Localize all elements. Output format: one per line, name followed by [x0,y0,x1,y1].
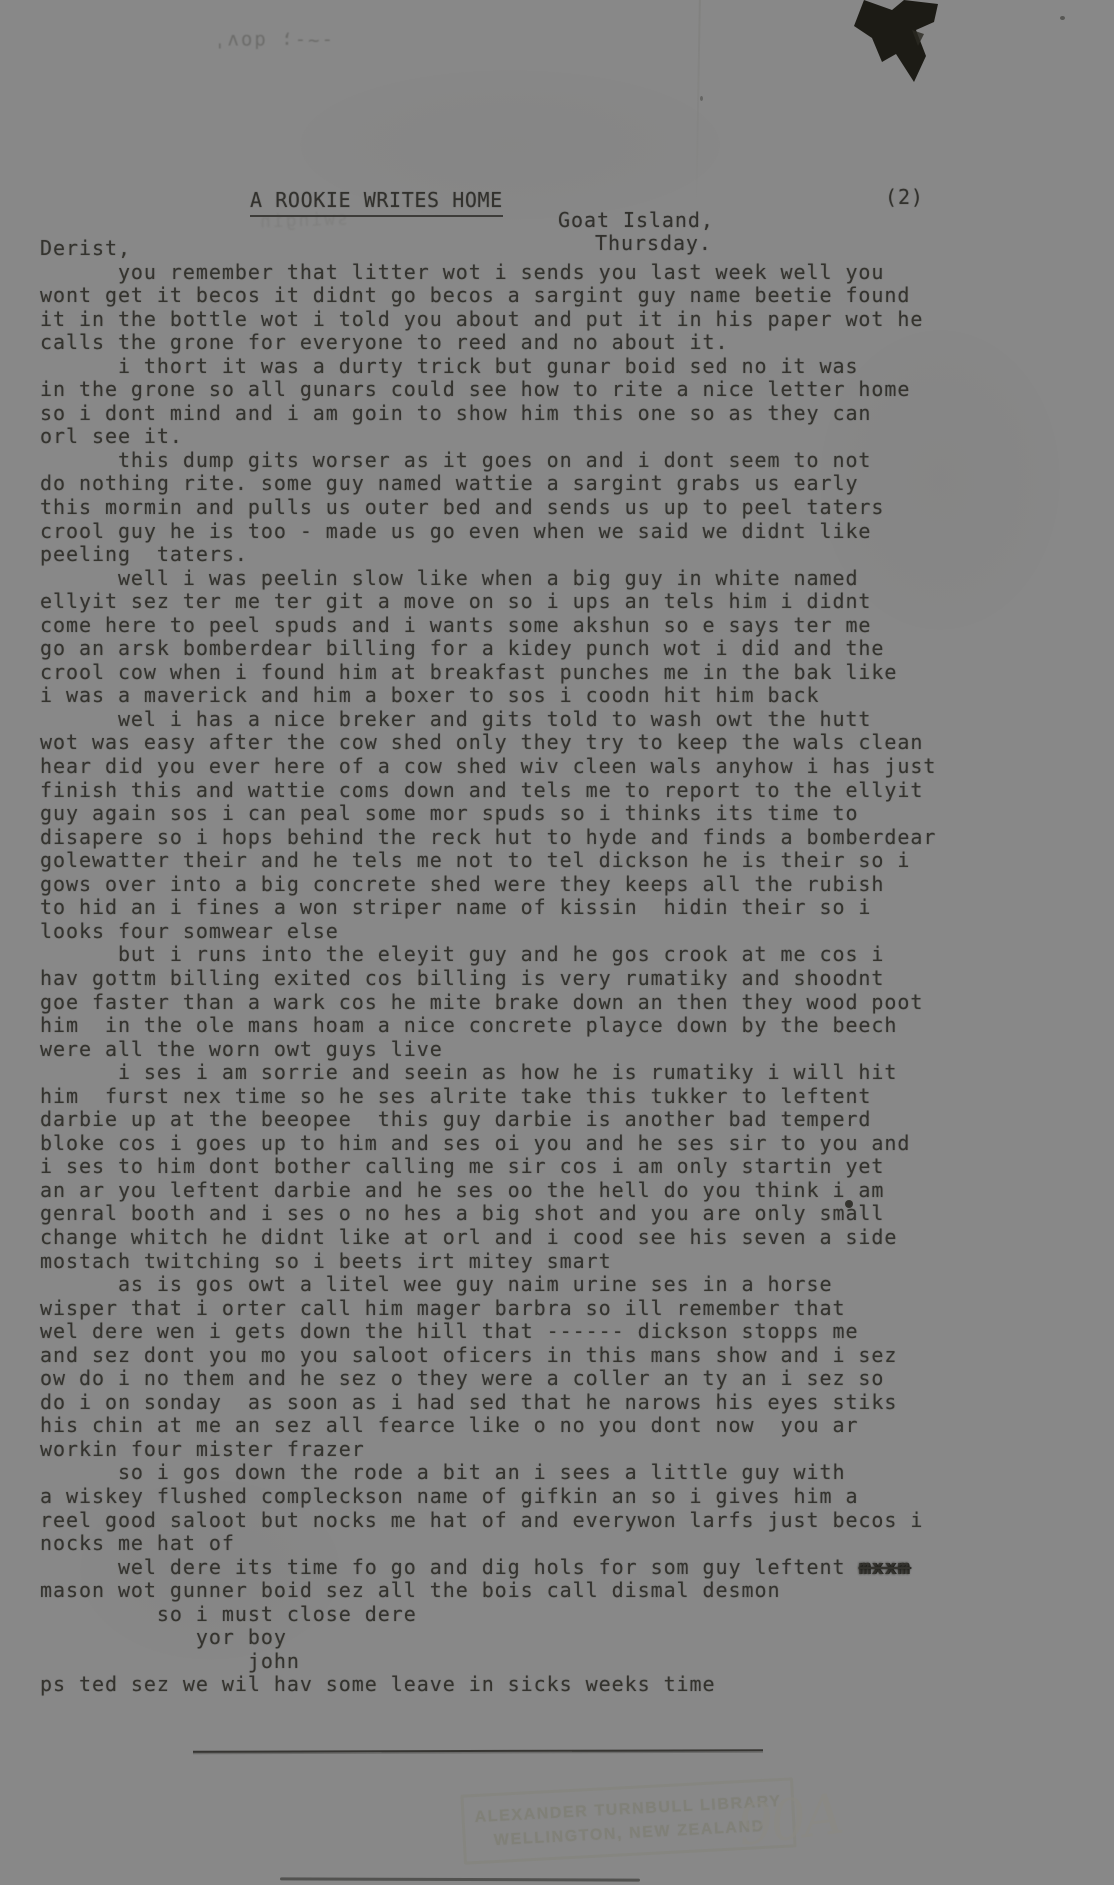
letter-line: finish this and wattie coms down and tel… [40,779,936,803]
letter-line: goe faster than a wark cos he mite brake… [40,991,936,1015]
letter-line: but i runs into the eleyit guy and he go… [40,943,936,967]
ink-speck [700,96,703,101]
letter-line: gows over into a big concrete shed were … [40,873,936,897]
letter-line: reel good saloot but nocks me hat of and… [40,1509,936,1533]
letter-line: you remember that litter wot i sends you… [40,261,936,285]
scanned-letter-page: -~-; dov' swingin A ROOKIE WRITES HOME (… [0,0,1114,1885]
letter-line: workin four mister frazer [40,1438,936,1462]
torn-corner-mark [852,0,952,100]
letter-line: i ses i am sorrie and seein as how he is… [40,1061,936,1085]
letter-line: as is gos owt a litel wee guy naim urine… [40,1273,936,1297]
letter-line: ps ted sez we wil hav some leave in sick… [40,1673,936,1697]
letter-line: nocks me hat of [40,1532,936,1556]
ink-dot [845,1200,853,1208]
letter-line: wot was easy after the cow shed only the… [40,731,936,755]
letter-line: orl see it. [40,425,936,449]
letter-line: darbie up at the beeopee this guy darbie… [40,1108,936,1132]
letter-line: Derist, [40,237,936,261]
letter-line: this mormin and pulls us outer bed and s… [40,496,936,520]
letter-line: bloke cos i goes up to him and ses oi yo… [40,1132,936,1156]
letter-line: mason wot gunner boid sez all the bois c… [40,1579,936,1603]
letter-line: a wiskey flushed compleckson name of gif… [40,1485,936,1509]
letter-title: A ROOKIE WRITES HOME [250,188,503,217]
letter-line: do i on sonday as soon as i had sed that… [40,1391,936,1415]
letter-line: calls the grone for everyone to reed and… [40,331,936,355]
letter-line: i was a maverick and him a boxer to sos … [40,684,936,708]
letter-body: Derist, you remember that litter wot i s… [40,237,936,1697]
paper-crease [695,0,701,215]
letter-line: peeling taters. [40,543,936,567]
letter-line: wisper that i orter call him mager barbr… [40,1297,936,1321]
letter-line: his chin at me an sez all fearce like o … [40,1414,936,1438]
letter-line: yor boy [40,1626,936,1650]
letter-line: i thort it was a durty trick but gunar b… [40,355,936,379]
letter-line: this dump gits worser as it goes on and … [40,449,936,473]
letter-line: do nothing rite. some guy named wattie a… [40,472,936,496]
ink-speck [1060,16,1065,20]
letter-line: so i gos down the rode a bit an i sees a… [40,1461,936,1485]
letter-line: john [40,1650,936,1674]
letter-line: well i was peelin slow like when a big g… [40,567,936,591]
ink-bleedthrough-text: -~-; dov' [212,30,333,52]
letter-line: him in the ole mans hoam a nice concrete… [40,1014,936,1038]
letter-line: so i dont mind and i am goin to show him… [40,402,936,426]
letter-line: go an arsk bomberdear billing for a kide… [40,637,936,661]
letter-line: him furst nex time so he ses alrite take… [40,1085,936,1109]
scan-edge-shadow [280,1877,640,1881]
letter-line: ellyit sez ter me ter git a move on so i… [40,590,936,614]
letter-line: crool cow when i found him at breakfast … [40,661,936,685]
letter-line: ow do i no them and he sez o they were a… [40,1367,936,1391]
letter-line: wel i has a nice breker and gits told to… [40,708,936,732]
letter-line: change whitch he didnt like at orl and i… [40,1226,936,1250]
letter-line: come here to peel spuds and i wants some… [40,614,936,638]
letter-line: were all the worn owt guys live [40,1038,936,1062]
letter-line: looks four somwear else [40,920,936,944]
letter-line: crool guy he is too - made us go even wh… [40,520,936,544]
letter-line: so i must close dere [40,1603,936,1627]
letter-line: in the grone so all gunars could see how… [40,378,936,402]
letter-line: guy again sos i can peal some mor spuds … [40,802,936,826]
pencil-annotation: 90A [734,1782,844,1859]
letter-line: golewatter their and he tels me not to t… [40,849,936,873]
letter-line: hear did you ever here of a cow shed wiv… [40,755,936,779]
letter-line: an ar you leftent darbie and he ses oo t… [40,1179,936,1203]
letter-line: disapere so i hops behind the reck hut t… [40,826,936,850]
letter-line: it in the bottle wot i told you about an… [40,308,936,332]
page-number: (2) [885,185,924,209]
letter-line: and sez dont you mo you saloot oficers i… [40,1344,936,1368]
letter-place: Goat Island, [558,208,714,232]
letter-line: wel dere its time fo go and dig hols for… [40,1556,936,1580]
letter-line: hav gottm billing exited cos billing is … [40,967,936,991]
struck-out-word: mxxm [858,1555,910,1579]
letter-line: genral booth and i ses o no hes a big sh… [40,1202,936,1226]
letter-line: to hid an i fines a won striper name of … [40,896,936,920]
letter-line: mostach twitching so i beets irt mitey s… [40,1250,936,1274]
letter-line: wont get it becos it didnt go becos a sa… [40,284,936,308]
letter-line: i ses to him dont bother calling me sir … [40,1155,936,1179]
letter-line: wel dere wen i gets down the hill that -… [40,1320,936,1344]
divider-line [193,1749,763,1752]
